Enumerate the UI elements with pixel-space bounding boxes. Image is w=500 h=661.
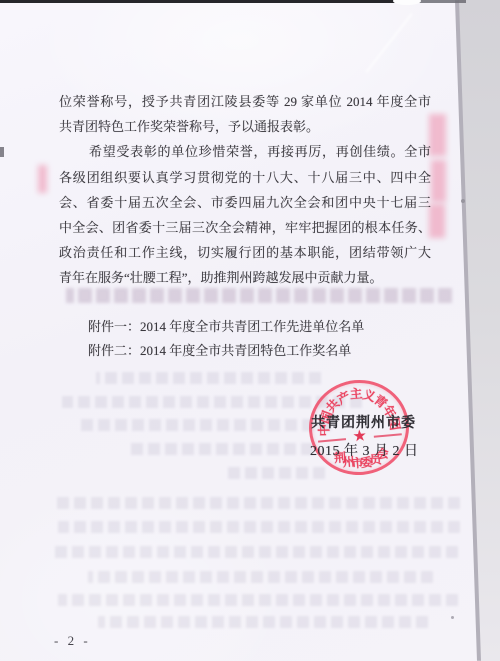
bleed-through-row (54, 546, 458, 558)
attachment-line-2: 附件二：2014 年度全市共青团特色工作奖名单 (88, 339, 364, 363)
paper-crease (365, 13, 412, 73)
attachment-list: 附件一：2014 年度全市共青团工作先进单位名单 附件二：2014 年度全市共青… (88, 315, 364, 362)
bleed-through-row (76, 419, 331, 431)
body-line: 青年在服务“壮腰工程”，助推荆州跨越发展中贡献力量。 (59, 265, 431, 290)
bleed-through-row (58, 594, 458, 606)
scan-top-edge (0, 0, 412, 3)
bleed-through-row (225, 467, 325, 479)
attachment-line-1: 附件一：2014 年度全市共青团工作先进单位名单 (88, 315, 364, 339)
page-number: - 2 - (54, 633, 91, 649)
bleed-through-row (128, 443, 313, 455)
body-line: 各级团组织要认真学习贯彻党的十八大、十八届三中、四中全 (59, 165, 431, 190)
signature-organization: 共青团荆州市委 (311, 412, 416, 432)
bleed-through-row (88, 571, 433, 583)
bleed-pink-mark (38, 165, 47, 193)
body-line: 政治责任和工作主线，切实履行团的基本职能，团结带领广大 (59, 240, 431, 265)
signature-date: 2015 年 3 月 2 日 (310, 440, 419, 460)
bleed-pink-mark (429, 114, 446, 156)
scan-speck (0, 147, 4, 157)
document-body: 位荣誉称号，授予共青团江陵县委等 29 家单位 2014 年度全市 共青团特色工… (59, 89, 431, 291)
bleed-through-row (96, 372, 321, 384)
body-line: 中全会、团省委十三届三次全会精神，牢牢把握团的根本任务、 (59, 215, 431, 240)
body-line: 会、省委十届五次全会、市委四届九次全会和团中央十七届三 (59, 190, 431, 215)
body-line: 希望受表彰的单位珍惜荣誉，再接再厉，再创佳绩。全市 (59, 139, 431, 164)
scan-speck (451, 616, 454, 619)
scanned-document-page: 位荣誉称号，授予共青团江陵县委等 29 家单位 2014 年度全市 共青团特色工… (0, 0, 500, 661)
bleed-pink-mark (431, 160, 446, 202)
bleed-through-row (58, 521, 460, 533)
bleed-pink-mark (429, 204, 445, 238)
scan-speck (461, 199, 465, 203)
body-line: 位荣誉称号，授予共青团江陵县委等 29 家单位 2014 年度全市 (59, 89, 431, 114)
body-line: 共青团特色工作奖荣誉称号，予以通报表彰。 (59, 114, 431, 139)
scan-top-edge-right (414, 0, 466, 3)
bleed-through-row (98, 616, 428, 628)
bleed-through-row (52, 497, 460, 509)
scan-top-fold (393, 0, 421, 5)
